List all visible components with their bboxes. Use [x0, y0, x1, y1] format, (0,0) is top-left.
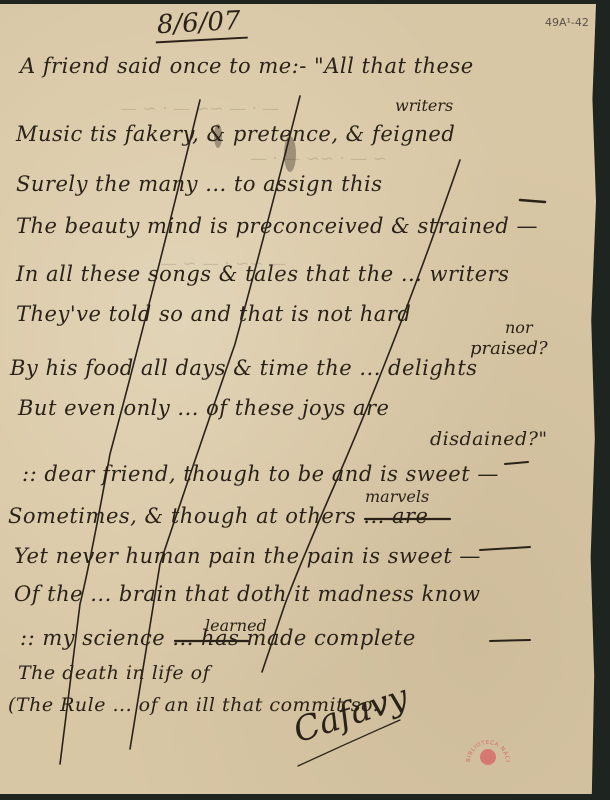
manuscript-line-9: disdained?" [430, 428, 548, 450]
insertion-nor: nor [505, 318, 533, 337]
insertion-praised: praised? [470, 338, 548, 359]
archive-reference: 49A¹-42 [545, 16, 589, 29]
manuscript-line-11: Sometimes, & though at others ... are [8, 504, 428, 528]
manuscript-line-1: A friend said once to me:- "All that the… [20, 54, 474, 78]
manuscript-page: — · — ~~ — · ~ — ~ — · ~~ — · — — ~~ · —… [0, 4, 596, 794]
manuscript-line-7: By his food all days & time the ... deli… [10, 356, 478, 380]
insertion-writers: writers [395, 96, 453, 115]
manuscript-line-5: In all these songs & tales that the ... … [16, 262, 509, 286]
manuscript-date: 8/6/07 [154, 6, 247, 44]
manuscript-line-6: They've told so and that is not hard [16, 302, 411, 326]
manuscript-line-14: :: my science ... has made complete [20, 626, 416, 650]
manuscript-line-12: Yet never human pain the pain is sweet — [14, 544, 481, 568]
manuscript-line-2: Music tis fakery, & pretence, & feigned [16, 122, 455, 146]
bleed-through-text: ~ — · ~~ — · — [250, 149, 387, 169]
manuscript-line-8: But even only ... of these joys are [18, 396, 389, 420]
manuscript-line-3: Surely the many ... to assign this [16, 172, 383, 196]
library-stamp: BIBLIOTECA NACIONAL [462, 726, 514, 778]
signature: Cafavy [289, 677, 413, 751]
manuscript-line-10: :: dear friend, though to be and is swee… [22, 462, 499, 486]
bleed-through-text: — · — ~~ — · ~ — [120, 99, 279, 119]
manuscript-line-13: Of the ... brain that doth it madness kn… [14, 582, 480, 606]
manuscript-line-15: The death in life of [18, 662, 210, 684]
manuscript-line-4: The beauty mind is preconceived & strain… [16, 214, 538, 238]
